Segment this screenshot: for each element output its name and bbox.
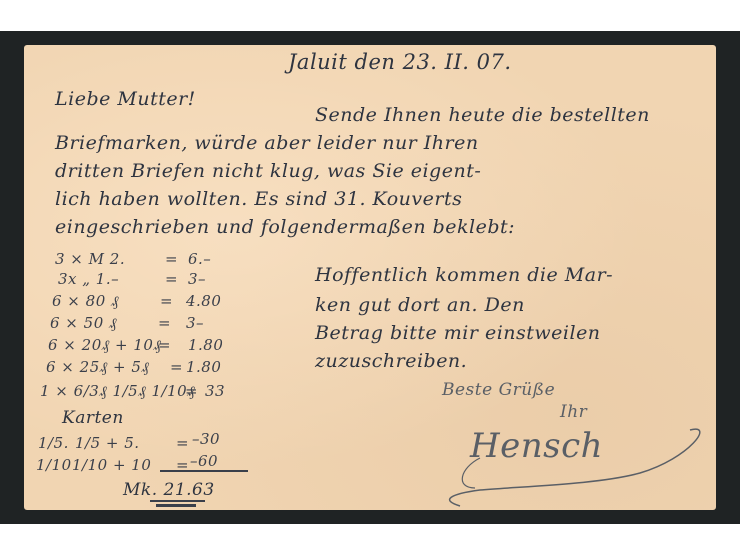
- closing-line-4: zuzuschreiben.: [315, 350, 467, 372]
- sum-line: [160, 470, 248, 472]
- calc-eq-2: =: [165, 270, 178, 288]
- closing-line-3: Betrag bitte mir einstweilen: [315, 322, 601, 344]
- calc-expr-7: 1 × 6/3₰ 1/5₰ 1/10₰: [40, 382, 195, 401]
- total-amount: Mk. 21.63: [123, 480, 215, 500]
- karten-label-1: 1/5.: [38, 434, 69, 452]
- calc-value-3: 4.80: [186, 292, 221, 310]
- karten-expr-1: 1/5 + 5.: [75, 434, 140, 452]
- closing-line-1: Hoffentlich kommen die Mar-: [315, 264, 613, 286]
- calc-expr-2: 3x „ 1.–: [58, 270, 119, 288]
- body-line-5: eingeschrieben und folgendermaßen bekleb…: [55, 216, 515, 238]
- calc-expr-5: 6 × 20₰ + 10₰: [48, 336, 161, 355]
- karten-value-2: –60: [190, 452, 218, 470]
- karten-eq-1: =: [176, 434, 189, 452]
- calc-eq-6: =: [170, 358, 183, 376]
- calc-value-2: 3–: [188, 270, 206, 288]
- karten-label-2: 1/10: [36, 456, 72, 474]
- body-line-1: Sende Ihnen heute die bestellten: [315, 104, 650, 126]
- calc-eq-3: =: [160, 292, 173, 310]
- closing-line-2: ken gut dort an. Den: [315, 294, 525, 316]
- calc-eq-7: =: [185, 382, 198, 400]
- calc-expr-3: 6 × 80 ₰: [52, 292, 119, 311]
- calc-expr-6: 6 × 25₰ + 5₰: [46, 358, 149, 377]
- calc-value-5: 1.80: [188, 336, 223, 354]
- calc-expr-4: 6 × 50 ₰: [50, 314, 117, 333]
- body-line-2: Briefmarken, würde aber leider nur Ihren: [55, 132, 479, 154]
- dateline: Jaluit den 23. II. 07.: [288, 50, 512, 74]
- calc-eq-5: =: [158, 336, 171, 354]
- greeting: Beste Grüße: [442, 380, 555, 400]
- calc-expr-1: 3 × M 2.: [55, 250, 125, 268]
- karten-label: Karten: [62, 408, 124, 428]
- body-line-4: lich haben wollten. Es sind 31. Kouverts: [55, 188, 462, 210]
- signature-flourish: [440, 418, 710, 508]
- calc-value-1: 6.–: [188, 250, 211, 268]
- calc-eq-1: =: [165, 250, 178, 268]
- calc-value-6: 1.80: [186, 358, 221, 376]
- total-double-underline: [156, 504, 196, 507]
- karten-value-1: –30: [192, 430, 220, 448]
- body-line-3: dritten Briefen nicht klug, was Sie eige…: [55, 160, 481, 182]
- calc-eq-4: =: [158, 314, 171, 332]
- total-underline: [150, 500, 205, 502]
- salutation: Liebe Mutter!: [55, 88, 196, 110]
- calc-value-7: 33: [205, 382, 225, 400]
- karten-expr-2: 1/10 + 10: [72, 456, 151, 474]
- calc-value-4: 3–: [186, 314, 204, 332]
